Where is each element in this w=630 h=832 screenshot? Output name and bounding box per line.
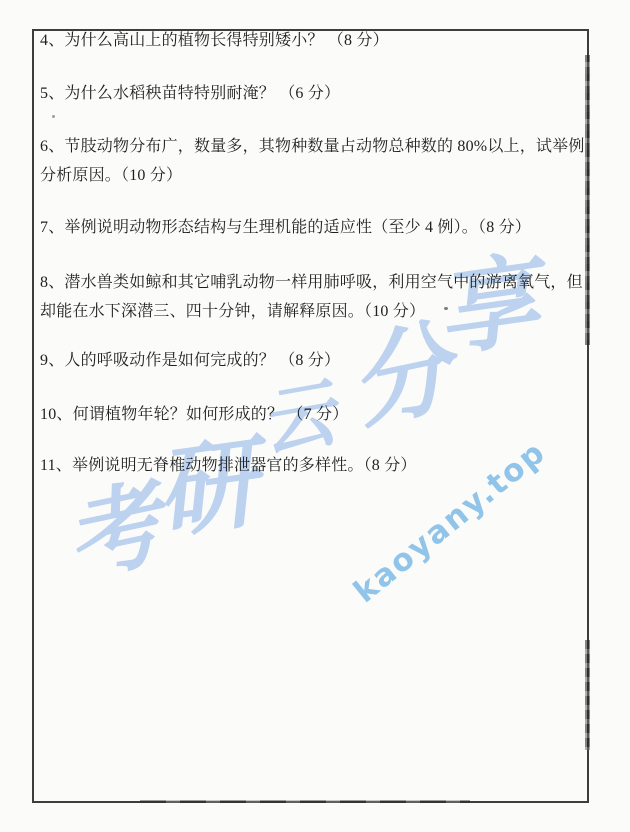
question-4: 4、为什么高山上的植物长得特别矮小？ （8 分） (40, 26, 588, 55)
question-6: 6、节肢动物分布广，数量多，其物种数量占动物总种数的 80%以上，试举例 分析原… (40, 132, 588, 190)
question-text-line-1: 6、节肢动物分布广，数量多，其物种数量占动物总种数的 80%以上，试举例 (40, 132, 588, 161)
question-5: 5、为什么水稻秧苗特特别耐淹？ （6 分） (40, 79, 588, 108)
question-8: 8、潜水兽类如鲸和其它哺乳动物一样用肺呼吸，利用空气中的游离氧气，但 却能在水下… (40, 268, 588, 326)
question-text-line-1: 8、潜水兽类如鲸和其它哺乳动物一样用肺呼吸，利用空气中的游离氧气，但 (40, 268, 588, 297)
question-text: 11、举例说明无脊椎动物排泄器官的多样性。（8 分） (40, 451, 588, 480)
question-text-line-2: 分析原因。（10 分） (40, 161, 588, 190)
question-text: 5、为什么水稻秧苗特特别耐淹？ （6 分） (40, 79, 588, 108)
question-text: 4、为什么高山上的植物长得特别矮小？ （8 分） (40, 26, 588, 55)
question-text: 7、举例说明动物形态结构与生理机能的适应性（至少 4 例）。（8 分） (40, 213, 588, 242)
question-9: 9、人的呼吸动作是如何完成的？ （8 分） (40, 346, 588, 375)
question-11: 11、举例说明无脊椎动物排泄器官的多样性。（8 分） (40, 451, 588, 480)
question-list: 4、为什么高山上的植物长得特别矮小？ （8 分） 5、为什么水稻秧苗特特别耐淹？… (0, 0, 630, 832)
question-text-line-2: 却能在水下深潜三、四十分钟，请解释原因。（10 分） (40, 297, 588, 326)
scanned-exam-page: { "document": { "questions": [ { "lines"… (0, 0, 630, 832)
question-text: 10、何谓植物年轮？如何形成的？ （7 分） (40, 400, 588, 429)
question-text: 9、人的呼吸动作是如何完成的？ （8 分） (40, 346, 588, 375)
question-7: 7、举例说明动物形态结构与生理机能的适应性（至少 4 例）。（8 分） (40, 213, 588, 242)
question-10: 10、何谓植物年轮？如何形成的？ （7 分） (40, 400, 588, 429)
